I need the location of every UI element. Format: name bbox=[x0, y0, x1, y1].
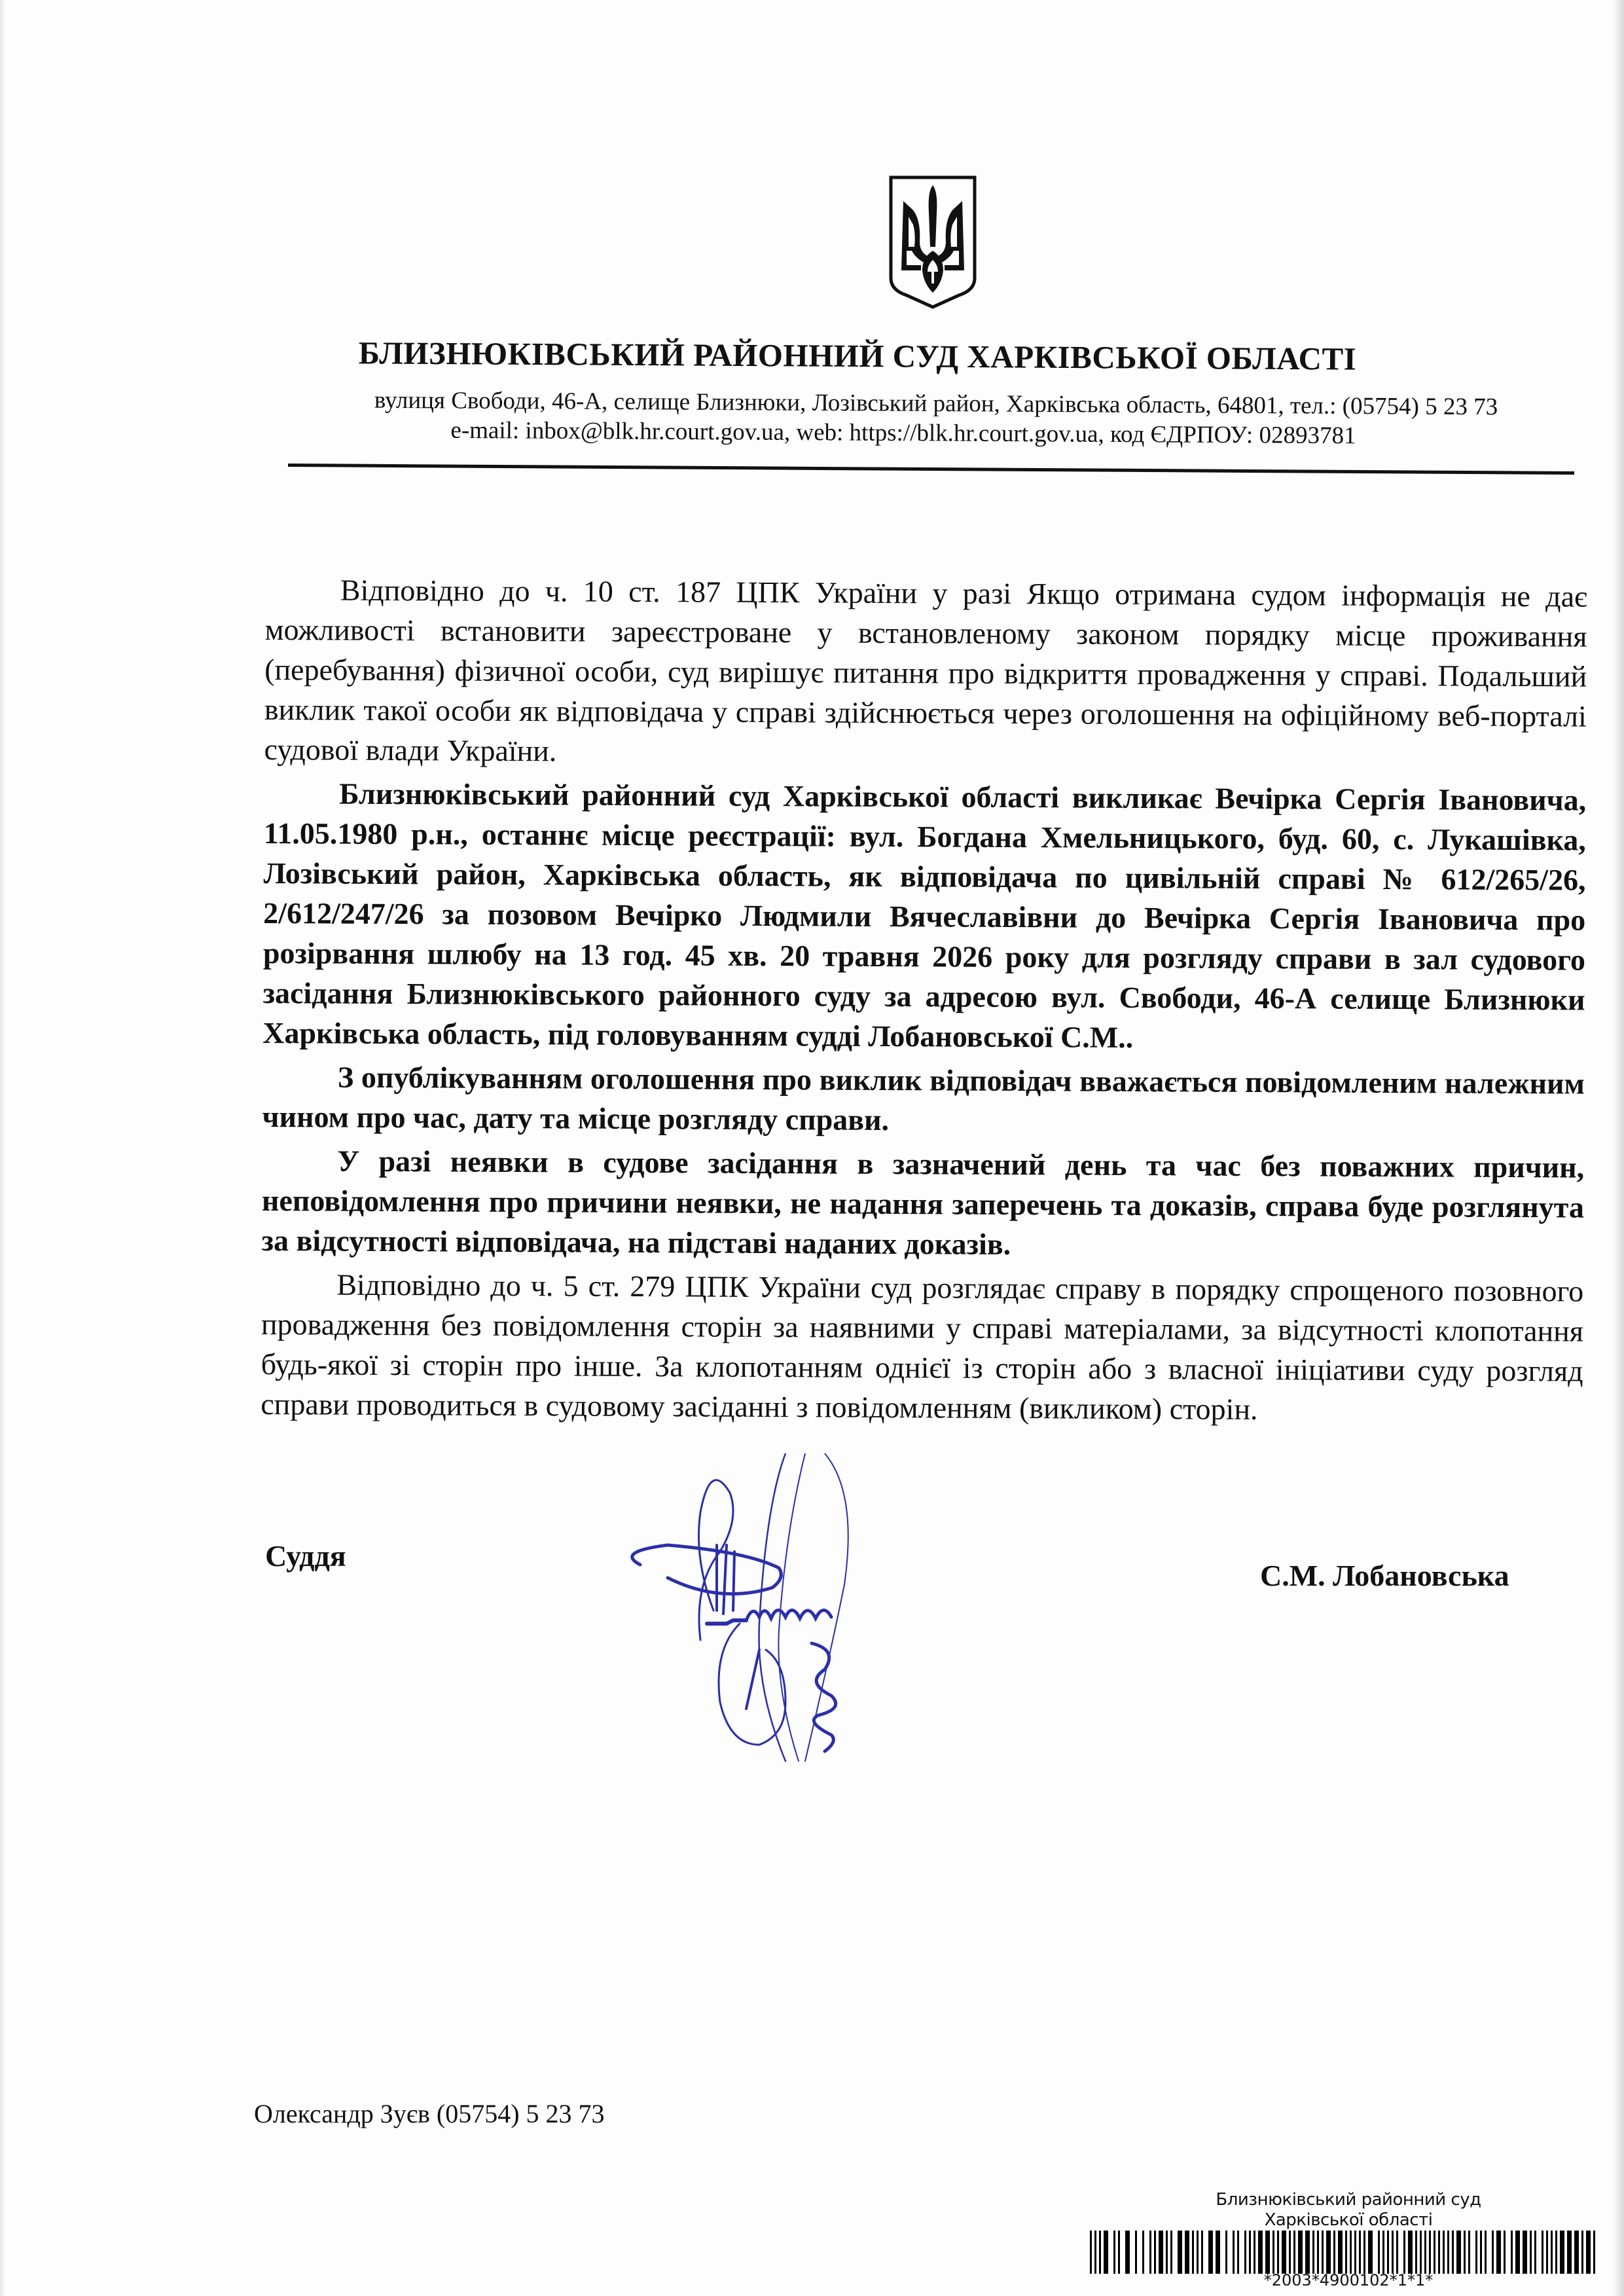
header-divider bbox=[288, 464, 1574, 475]
barcode-number: *2003*4900102*1*1* bbox=[1083, 2274, 1614, 2286]
handwritten-signature bbox=[589, 1453, 1113, 1768]
trident-coat-of-arms-icon bbox=[887, 173, 979, 311]
paragraph-legal-basis: Відповідно до ч. 10 ст. 187 ЦПК України … bbox=[264, 570, 1587, 776]
paragraph-publication-notice: З опублікуванням оголошення про виклик в… bbox=[262, 1057, 1585, 1144]
court-name-heading: БЛИЗНЮКІВСЬКИЙ РАЙОННИЙ СУД ХАРКІВСЬКОЇ … bbox=[275, 334, 1440, 378]
stamp-court-line1: Близнюківський районний суд bbox=[1083, 2190, 1614, 2210]
paragraph-non-appearance: У разі неявки в судове засідання в зазна… bbox=[261, 1140, 1584, 1267]
paragraph-simplified-procedure: Відповідно до ч. 5 ст. 279 ЦПК України с… bbox=[261, 1264, 1583, 1431]
stamp-court-line2: Харківської області bbox=[1083, 2210, 1614, 2231]
notice-body: Відповідно до ч. 10 ст. 187 ЦПК України … bbox=[261, 570, 1587, 1435]
scan-edge-right bbox=[1612, 0, 1624, 2296]
signer-name: С.М. Лобановська bbox=[1260, 1558, 1509, 1593]
court-contacts: e-mail: inbox@blk.hr.court.gov.ua, web: … bbox=[288, 415, 1519, 450]
executor-contact: Олександр Зуєв (05754) 5 23 73 bbox=[254, 2098, 605, 2129]
signer-role: Суддя bbox=[265, 1539, 346, 1573]
scan-edge-left bbox=[0, 0, 7, 2296]
document-page: БЛИЗНЮКІВСЬКИЙ РАЙОННИЙ СУД ХАРКІВСЬКОЇ … bbox=[0, 0, 1624, 2296]
barcode bbox=[1090, 2231, 1614, 2274]
registry-stamp: Близнюківський районний суд Харківської … bbox=[1083, 2190, 1614, 2286]
paragraph-summons: Близнюківський районний суд Харківської … bbox=[262, 773, 1586, 1060]
